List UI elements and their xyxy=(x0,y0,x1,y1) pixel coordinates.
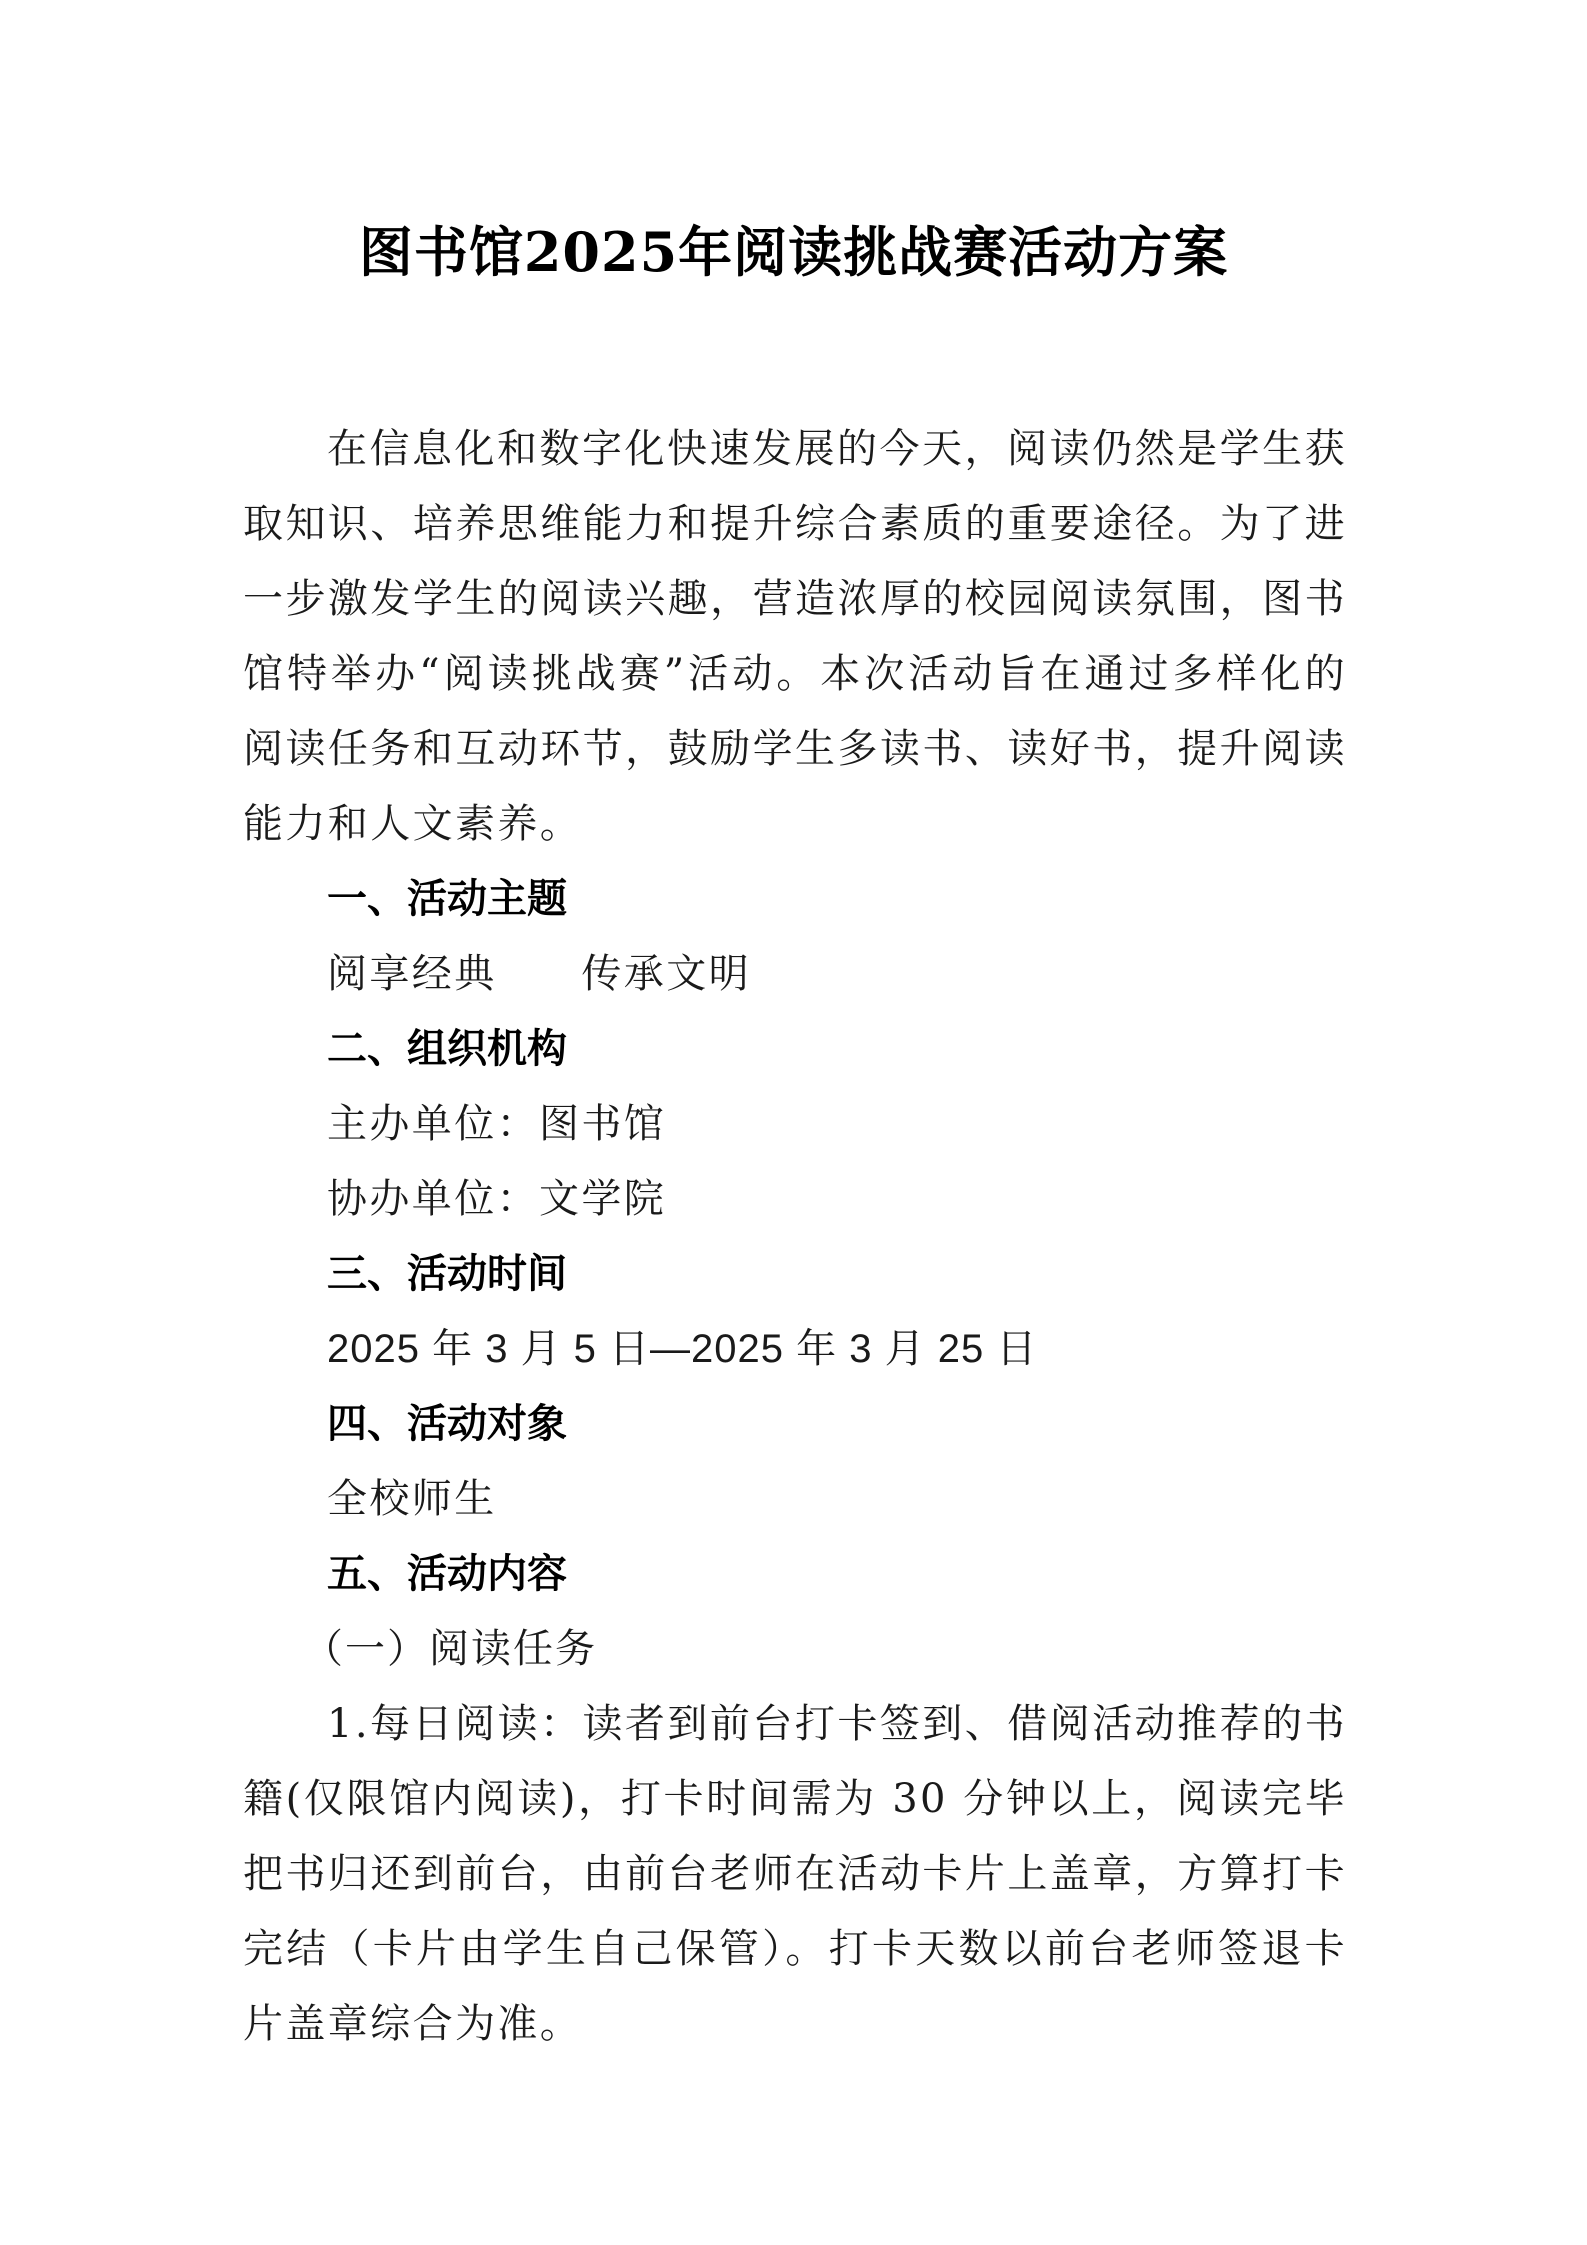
section-heading-audience: 四、活动对象 xyxy=(243,1387,1347,1462)
intro-paragraph: 在信息化和数字化快速发展的今天，阅读仍然是学生获取知识、培养思维能力和提升综合素… xyxy=(243,412,1347,862)
document-title: 图书馆2025年阅读挑战赛活动方案 xyxy=(0,212,1587,292)
reading-task-item-1: 1.每日阅读：读者到前台打卡签到、借阅活动推荐的书籍(仅限馆内阅读)，打卡时间需… xyxy=(243,1687,1347,2062)
subsection-heading-reading-tasks: （一）阅读任务 xyxy=(243,1612,1347,1687)
section-heading-organization: 二、组织机构 xyxy=(243,1012,1347,1087)
section-heading-theme: 一、活动主题 xyxy=(243,862,1347,937)
host-unit: 主办单位：图书馆 xyxy=(243,1087,1347,1162)
event-dates: 2025 年 3 月 5 日—2025 年 3 月 25 日 xyxy=(243,1312,1347,1387)
document-page: 图书馆2025年阅读挑战赛活动方案 在信息化和数字化快速发展的今天，阅读仍然是学… xyxy=(0,0,1587,2245)
theme-text: 阅享经典 传承文明 xyxy=(243,937,1347,1012)
co-host-unit: 协办单位：文学院 xyxy=(243,1162,1347,1237)
section-heading-time: 三、活动时间 xyxy=(243,1237,1347,1312)
document-body: 在信息化和数字化快速发展的今天，阅读仍然是学生获取知识、培养思维能力和提升综合素… xyxy=(243,412,1347,2062)
audience-text: 全校师生 xyxy=(243,1462,1347,1537)
section-heading-content: 五、活动内容 xyxy=(243,1537,1347,1612)
